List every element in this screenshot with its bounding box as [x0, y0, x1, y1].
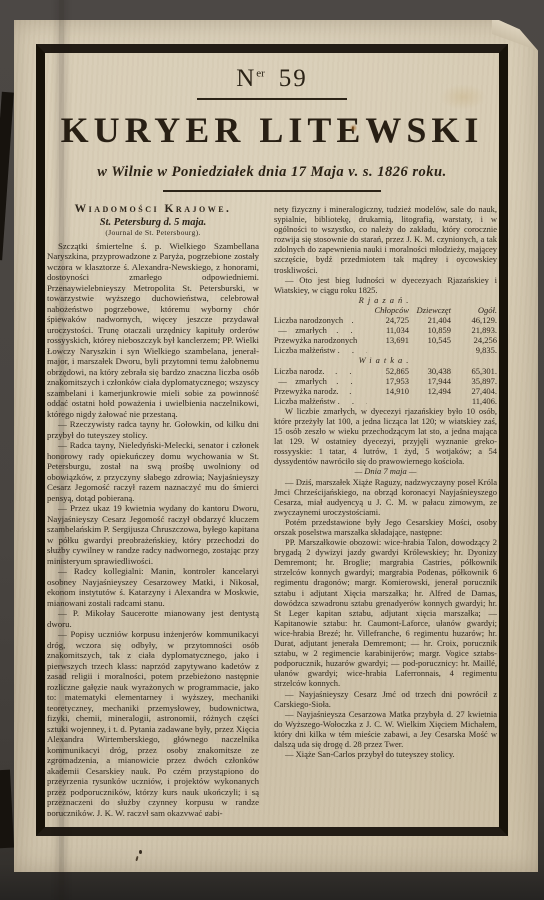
table-row-label: Liczba małżeństw [274, 345, 336, 355]
table-dot-leader: . [339, 386, 367, 396]
table-cell: 30,438 [409, 366, 451, 376]
table-section-title: Rjazań. [274, 295, 497, 305]
table-section-title: Wiatka. [274, 355, 497, 365]
article-source: (Journal de St. Petersbourg). [47, 228, 259, 239]
stats-table-row: — zmarłych. .11,03410,85921,893. [274, 325, 497, 335]
news-column-left: Wiadomości Krajowe.St. Petersburg d. 5 m… [47, 204, 259, 816]
table-cell: Ogół. [451, 305, 497, 315]
newspaper-page: Ner59 KURYER LITEWSKI w Wilnie w Poniedz… [14, 20, 538, 872]
table-cell: 11,406. [451, 396, 497, 406]
article-paragraph: — Dziś, marszałek Xiąże Raguzy, nadzwycz… [274, 477, 497, 517]
table-cell: 52,865 [367, 366, 409, 376]
table-cell: 27,404. [451, 386, 497, 396]
table-dot-leader: . . . . . . . [336, 345, 367, 355]
spine-shadow [59, 0, 64, 900]
table-cell: 11,034 [367, 325, 409, 335]
article-paragraph: W liczbie zmarłych, w dyecezyi rjazański… [274, 406, 497, 467]
newspaper-title: KURYER LITEWSKI [47, 109, 497, 151]
table-cell: 10,859 [409, 325, 451, 335]
article-paragraph: nety fizyczny i mineralogiczny, tudzież … [274, 204, 497, 275]
column-layout: Wiadomości Krajowe.St. Petersburg d. 5 m… [47, 204, 497, 816]
article-dateline: St. Petersburg d. 5 maja. [47, 218, 259, 229]
article-paragraph: — Nayjaśnieyszy Cesarz Jmć od trzech dni… [274, 689, 497, 709]
table-cell: 24,256 [451, 335, 497, 345]
issue-rule [197, 98, 347, 100]
table-dot-leader: . . . . . . . . [336, 396, 367, 406]
adjacent-page-fragment [0, 92, 14, 260]
stats-table-row: Liczba małżeństw. . . . . . . .11,406. [274, 396, 497, 406]
article-paragraph: PP. Marszałkowie obozowi: wice-hrabia Ta… [274, 537, 497, 688]
adjacent-page-fragment [0, 770, 14, 849]
issue-prefix: N [236, 65, 256, 92]
article-paragraph: — Przez ukaz 19 kwietnia wydany do kanto… [47, 503, 259, 566]
table-cell: 12,494 [409, 386, 451, 396]
dateline-rule [163, 190, 381, 192]
table-dot-leader: . . [325, 366, 368, 376]
article-paragraph: — P. Mikołay Saucerotte mianowany jest d… [47, 608, 259, 629]
article-paragraph: — Radca tayny, Nieledyński-Melecki, sena… [47, 440, 259, 503]
stats-table-row: Liczba narodzonych.24,72521,40446,129. [274, 315, 497, 325]
stats-table-header: ChłopcówDziewczętOgół. [274, 305, 497, 315]
table-row-label: Przewyżka narodzonych [274, 335, 357, 345]
stats-table-row: — zmarłych. .17,95317,94435,897. [274, 376, 497, 386]
table-cell: 65,301. [451, 366, 497, 376]
article-paragraph: — Radcy kollegialni: Manin, kontroler ka… [47, 566, 259, 608]
stats-table-row: Liczba małżeństw. . . . . . .9,835. [274, 345, 497, 355]
article-paragraph: Potém przedstawione były Jego Cesarskiey… [274, 517, 497, 537]
table-cell: 17,953 [367, 376, 409, 386]
table-cell: 14,910 [367, 386, 409, 396]
masthead-dateline: w Wilnie w Poniedziałek dnia 17 Maja v. … [47, 164, 497, 181]
table-row-label: — zmarłych [274, 376, 327, 386]
table-dot-leader: . [343, 315, 367, 325]
table-cell: 21,404 [409, 315, 451, 325]
table-cell: Chłopców [367, 305, 409, 315]
table-row-label: Liczba narodzonych [274, 315, 343, 325]
table-cell: 21,893. [451, 325, 497, 335]
article-paragraph: — Popisy uczniów korpusu inżenjerów komm… [47, 629, 259, 816]
stats-table-row: Przewyżka narodzonych13,69110,54524,256 [274, 335, 497, 345]
date-subheading: — Dnia 7 maja — [274, 466, 497, 476]
table-cell: 13,691 [367, 335, 409, 345]
article-paragraph: Szczątki śmiertelne ś. p. Wielkiego Szam… [47, 241, 259, 420]
section-heading: Wiadomości Krajowe. [47, 204, 259, 215]
table-cell: 9,835. [451, 345, 497, 355]
table-cell: Dziewczęt [409, 305, 451, 315]
article-paragraph: — Xiąże San-Carlos przybył do tuteyszey … [274, 749, 497, 759]
issue-superscript: er [256, 68, 265, 80]
stats-table-row: Liczba narodz.. .52,86530,43865,301. [274, 366, 497, 376]
issue-value: 59 [279, 65, 308, 92]
table-cell: 17,944 [409, 376, 451, 386]
table-cell: 10,545 [409, 335, 451, 345]
news-column-right: nety fizyczny i mineralogiczny, tudzież … [274, 204, 497, 816]
page-content: Ner59 KURYER LITEWSKI w Wilnie w Poniedz… [45, 65, 499, 839]
issue-number: Ner59 [47, 65, 497, 93]
article-paragraph: — Rzeczywisty radca tayny hr. Gołowkin, … [47, 419, 259, 440]
page-frame: Ner59 KURYER LITEWSKI w Wilnie w Poniedz… [36, 44, 508, 836]
table-row-label: Przewyżka narodz. [274, 386, 339, 396]
table-dot-leader: . . [327, 325, 367, 335]
article-paragraph: — Oto jest bieg ludności w dyecezyach Rj… [274, 275, 497, 295]
table-cell: 46,129. [451, 315, 497, 325]
stats-table-row: Przewyżka narodz..14,91012,49427,404. [274, 386, 497, 396]
table-row-label: Liczba małżeństw [274, 396, 336, 406]
table-cell: 24,725 [367, 315, 409, 325]
table-cell: 35,897. [451, 376, 497, 386]
table-dot-leader: . . [327, 376, 367, 386]
article-paragraph: — Nayjaśnieysza Cesarzowa Matka przybyła… [274, 709, 497, 749]
table-row-label: — zmarłych [274, 325, 327, 335]
scan-background: Ner59 KURYER LITEWSKI w Wilnie w Poniedz… [0, 0, 544, 900]
table-row-label: Liczba narodz. [274, 366, 325, 376]
